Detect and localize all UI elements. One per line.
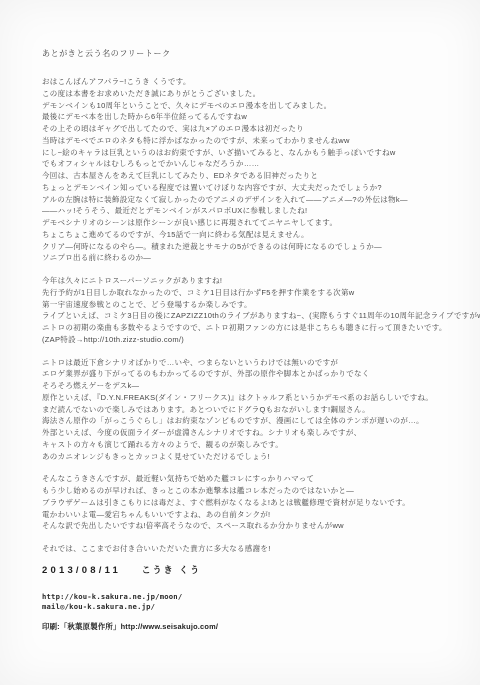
body-line: でもオフィシャルはむしろもっとでかいんじゃなだろうか…… xyxy=(42,158,462,170)
body-line: そんなこうきさんですが、最近軽い気持ちで始めた艦コレにすっかりハマって xyxy=(42,473,462,485)
body-line: デモベシナリオのシーンは原作シーンが良い感じに再現されててニヤニヤしてます。 xyxy=(42,217,462,229)
body-line: (ZAP特設→http://10th.zizz-studio.com/) xyxy=(42,334,462,346)
body-line: ニトロは最近下倉シナリオばかりで…いや、つまらないというわけでは無いのですが xyxy=(42,357,462,369)
body-line: ブラウザゲームは引きこもりには毒だよ、すぐ燃料がなくなるよ!あとは戦艦修理で資材… xyxy=(42,497,462,509)
paragraph-nitro-works: ニトロは最近下倉シナリオばかりで…いや、つまらないというわけでは無いのですが エ… xyxy=(42,357,462,463)
printer-credit: 印刷:「秋葉原製作所」http://www.seisakujo.com/ xyxy=(42,621,462,632)
body-line: デモンベインも10周年ということで、久々にデモベのエロ漫本を出してみました。 xyxy=(42,100,462,112)
closing-line: それでは、ここまでお付き合いいただいた貴方に多大なる感謝を! xyxy=(42,543,462,555)
body-line: もう少し始めるのが早ければ、きっとこの本か進撃本は艦コレ本だったのではないかと― xyxy=(42,485,462,497)
body-line: あのカニオレンジもきっとカッコよく見せていただけるでしょう! xyxy=(42,451,462,463)
body-line: 先行予約が1日目しか取れなかったので、コミケ1日目は行かずF5を押す作業をする次… xyxy=(42,287,462,299)
body-line: 電かわいいよ電―愛宕ちゃんもいいですよね、あの自前タンクが! xyxy=(42,509,462,521)
body-line: そんな訳で先出したいですね!倍率高そうなので、スペース取れるか分かりませんがww xyxy=(42,520,462,532)
website-url: http://kou-k.sakura.ne.jp/moon/ xyxy=(42,592,462,603)
afterword-content: あとがきと云う名のフリートーク おはこんばんアフパラ~!こうき くうです。 この… xyxy=(42,48,462,632)
publication-date: 2013/08/11 xyxy=(42,565,121,576)
body-line: まだ読んでないので楽しみではあります。あとついでにドグラQもおながいします!鋼屋… xyxy=(42,404,462,416)
body-line: そろそろ燃えゲーをデスk― xyxy=(42,380,462,392)
body-line: 今年は久々にニトロスーパーソニックがありますね! xyxy=(42,275,462,287)
mail-address: mail◎/kou-k.sakura.ne.jp/ xyxy=(42,602,462,613)
body-line: にし~絵のキャラは巨乳というのはお約束ですが、いざ描いてみると、なんかもう触手っ… xyxy=(42,147,462,159)
body-line: アルの左腕は特に装飾設定なくて寂しかったのでアニメのデザインを入れて――アニメ―… xyxy=(42,194,462,206)
contact-links: http://kou-k.sakura.ne.jp/moon/ mail◎/ko… xyxy=(42,592,462,613)
body-line: ニトロの初期の楽曲も多数やるようですので、ニトロ初期ファンの方には是非こちらも聴… xyxy=(42,322,462,334)
body-line: ちょっとデモンベイン知っている程度では置いてけぼりな内容ですが、大丈夫だったでし… xyxy=(42,182,462,194)
paragraph-nitro-super-sonic: 今年は久々にニトロスーパーソニックがありますね! 先行予約が1日目しか取れなかっ… xyxy=(42,275,462,346)
body-line: クリア―何時になるのやら―。積まれた逆裁とサモナの5ができるのは何時になるのでし… xyxy=(42,241,462,253)
body-line: エロゲ業界が盛り下がってるのもわかってるのですが、外部の原作や脚本とかばっかりで… xyxy=(42,368,462,380)
paragraph-intro: おはこんばんアフパラ~!こうき くうです。 この度は本書をお求めいただき誠にあり… xyxy=(42,76,462,264)
body-line: 海法さん原作の「がっこうぐらし」はお約束なゾンビものですが、漫画にしては全体のテ… xyxy=(42,415,462,427)
body-line: 今回は、古本屋さんをあえて巨乳にしてみたり、EDネタである旧神だったりと xyxy=(42,170,462,182)
closing-thanks: それでは、ここまでお付き合いいただいた貴方に多大なる感謝を! xyxy=(42,543,462,555)
body-line: 外部といえば、今度の仮面ライダーが虚淵さんシナリオですね。シナリオも楽しみですが… xyxy=(42,427,462,439)
afterword-title: あとがきと云う名のフリートーク xyxy=(42,48,462,59)
body-line: 当時はデモベでエロのネタも特に浮かばなかったのですが、未来ってわかりませんねww xyxy=(42,135,462,147)
body-line: この度は本書をお求めいただき誠にありがとうございました。 xyxy=(42,88,462,100)
body-line: ライブといえば、コミケ3日目の後にZAPZIZZ10thのライブがありますね~、… xyxy=(42,310,462,322)
body-line: ――ハッ!そうそう、最近だとデモンベインがスパロボUXに参戦しましたね! xyxy=(42,205,462,217)
signature-line: 2013/08/11 こうき くう xyxy=(42,563,462,576)
paragraph-kancolle: そんなこうきさんですが、最近軽い気持ちで始めた艦コレにすっかりハマって もう少し… xyxy=(42,473,462,532)
body-line: 第一宇宙速度参戦とのことで、どう登場するか楽しみです。 xyxy=(42,299,462,311)
body-line: ちょこちょこ進めてるのですが、今15話で一向に終わる気配は見えません。 xyxy=(42,229,462,241)
body-line: その上その頃はギャグで出してたので、実は九×アのエロ漫本は初だったり xyxy=(42,123,462,135)
afterword-page: あとがきと云う名のフリートーク おはこんばんアフパラ~!こうき くうです。 この… xyxy=(0,0,480,685)
author-name: こうき くう xyxy=(142,565,202,575)
body-line: キャストの方々も演じて踊れる方々のようで、観るのが楽しみです。 xyxy=(42,439,462,451)
body-line: ソニプロ出る前に終わるのか― xyxy=(42,252,462,264)
body-line: 原作といえば、『D.Y.N.FREAKS(ダイン・フリークス)』はクトゥルフ系と… xyxy=(42,392,462,404)
body-line: 最後にデモベ本を出した時から6年半位経ってるんですねw xyxy=(42,111,462,123)
body-line: おはこんばんアフパラ~!こうき くうです。 xyxy=(42,76,462,88)
